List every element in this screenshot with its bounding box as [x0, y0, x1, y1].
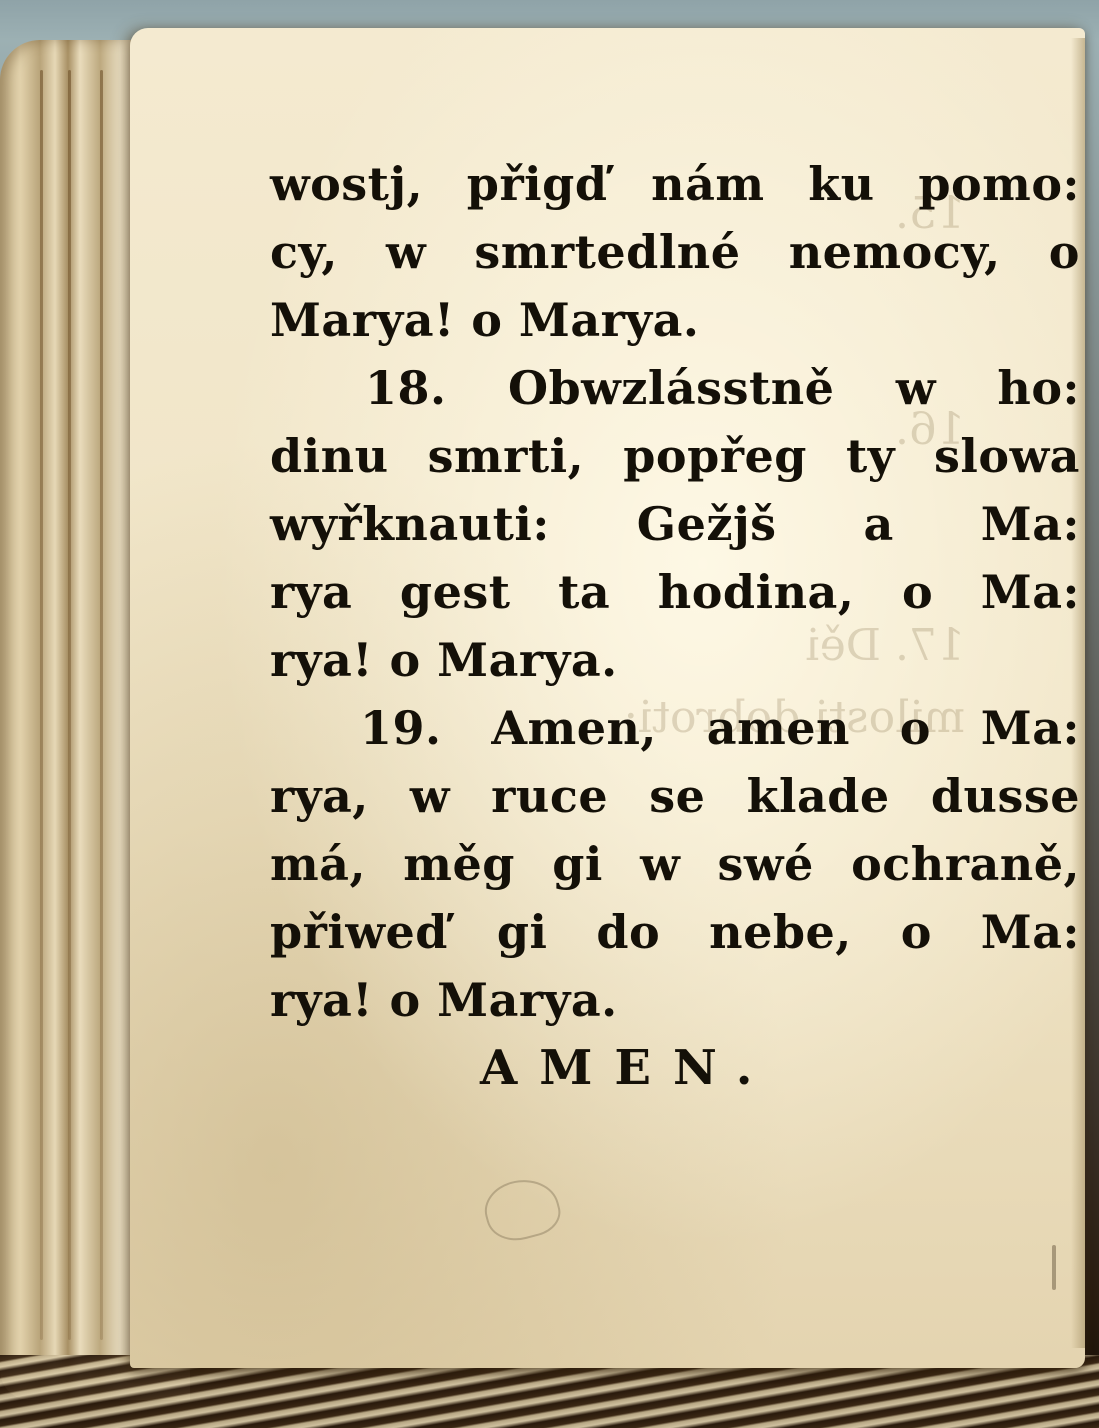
printed-text-block: wostj, přigď nám ku pomo: cy, w smrtedln… [270, 150, 1080, 1102]
text-line: cy, w smrtedlné nemocy, o [270, 218, 1080, 286]
text-line: wyřknauti: Gežjš a Ma: [270, 490, 1080, 558]
text-line: má, měg gi w swé ochraně, [270, 830, 1080, 898]
verse-19-start: 19. Amen, amen o Ma: [270, 694, 1080, 762]
margin-mark [1052, 1245, 1056, 1290]
closing-amen: AMEN. [270, 1034, 1080, 1102]
text-line: rya, w ruce se klade dusse [270, 762, 1080, 830]
text-line: Marya! o Marya. [270, 286, 1080, 354]
text-line: wostj, přigď nám ku pomo: [270, 150, 1080, 218]
page-fold-line [100, 70, 103, 1340]
verse-18-start: 18. Obwzlásstně w ho: [270, 354, 1080, 422]
page-fold-line [68, 70, 71, 1340]
page-fold-line [40, 70, 43, 1340]
text-line: rya gest ta hodina, o Ma: [270, 558, 1080, 626]
text-line: dinu smrti, popřeg ty slowa [270, 422, 1080, 490]
text-line: rya! o Marya. [270, 966, 1080, 1034]
scan-scene: 15. 16. 17. Děi milosti dobroti: wostj, … [0, 0, 1099, 1428]
text-line: rya! o Marya. [270, 626, 1080, 694]
text-line: přiweď gi do nebe, o Ma: [270, 898, 1080, 966]
